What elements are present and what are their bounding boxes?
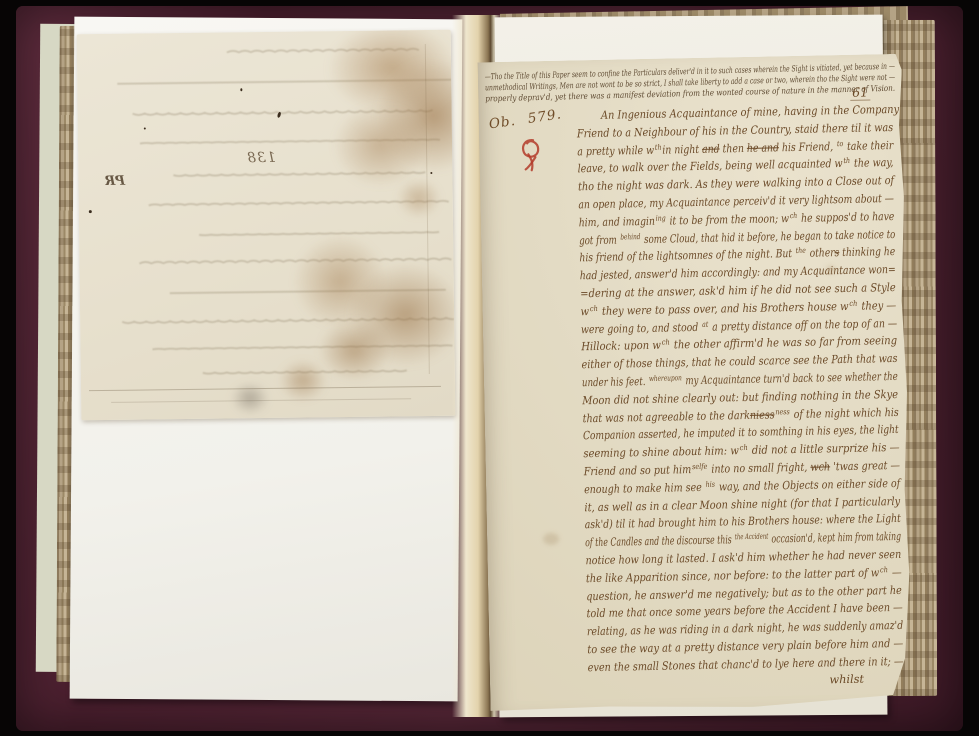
manuscript-sheet: —Tho the Title of this Paper seem to con…	[478, 54, 915, 712]
red-correction-mark-icon	[519, 137, 546, 178]
ink-speck	[430, 172, 432, 174]
ink-speck	[144, 127, 146, 129]
open-manuscript-book-photo: 138 PR —Tho the Title of this Paper seem…	[0, 0, 979, 736]
bleedthrough-mark: PR	[104, 174, 125, 189]
manuscript-body: An Ingenious Acquaintance of mine, havin…	[576, 103, 903, 679]
left-tipped-in-sheet: 138 PR	[77, 30, 456, 421]
ink-speck	[240, 88, 242, 91]
bleedthrough-number: 138	[246, 150, 276, 166]
ink-speck	[89, 210, 92, 213]
observation-number: Ob. 579.	[488, 106, 563, 132]
foxing-spot	[543, 533, 559, 545]
page-number: 61	[850, 84, 870, 100]
header-note: —Tho the Title of this Paper seem to con…	[485, 61, 896, 105]
